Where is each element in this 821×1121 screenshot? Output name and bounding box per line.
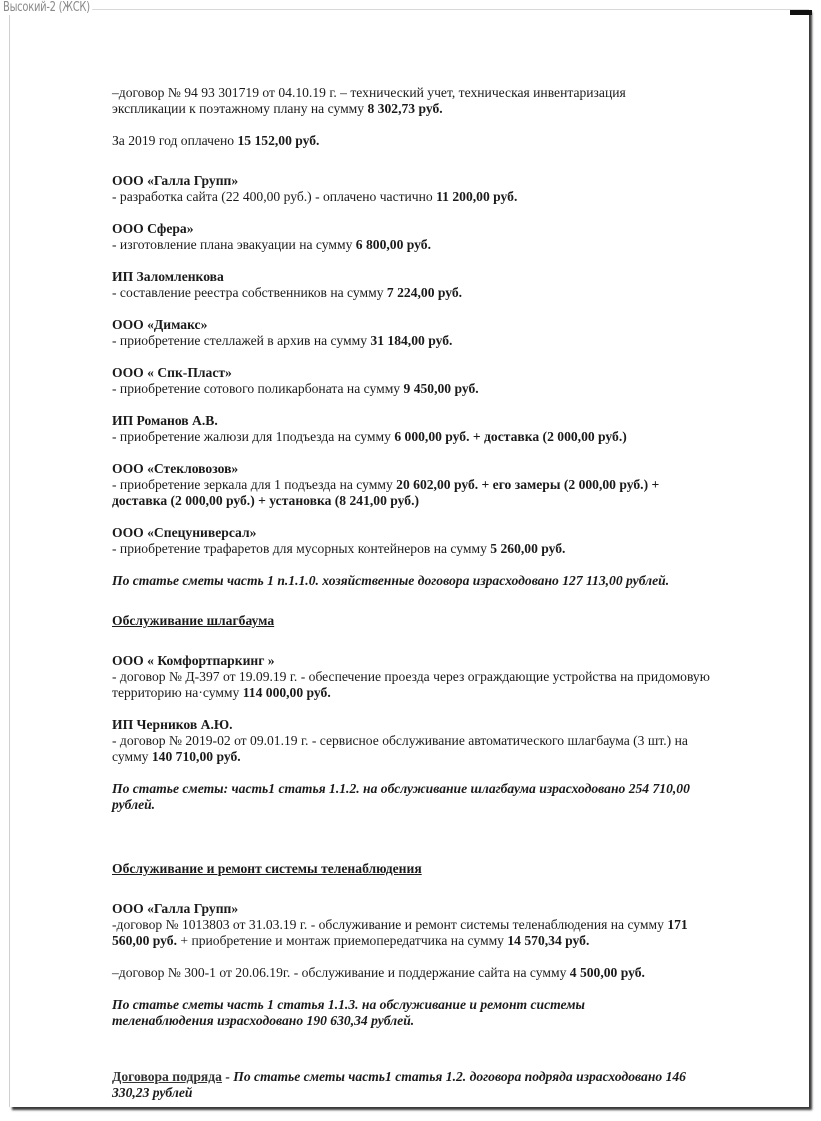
list-item: ООО «Димакс»- приобретение стеллажей в а… [112, 317, 712, 349]
entry-amount: 11 200,00 руб. [436, 189, 517, 204]
company-name: ООО «Спецуниверсал» [112, 525, 712, 541]
entry-amount: 9 450,00 руб. [404, 381, 479, 396]
entries-list: ООО «Галла Групп»- разработка сайта (22 … [112, 173, 712, 573]
entry-description: - приобретение зеркала для 1 подъезда на… [112, 477, 712, 509]
summary-household: По статье сметы часть 1 п.1.1.0. хозяйст… [112, 573, 712, 589]
paid-amount: 15 152,00 руб. [237, 133, 319, 148]
contract-summary: Договора подряда - По статье сметы часть… [112, 1069, 712, 1101]
list-item: ИП Романов А.В.- приобретение жалюзи для… [112, 413, 712, 445]
entry-description: - договор № 2019-02 от 09.01.19 г. - сер… [112, 733, 712, 765]
entry-desc-text: - приобретение сотового поликарбоната на… [112, 381, 404, 396]
entry-amount: 114 000,00 руб. [243, 685, 331, 700]
company-name: ООО « Спк-Пласт» [112, 365, 712, 381]
list-item: ООО « Комфортпаркинг »- договор № Д-397 … [112, 653, 712, 701]
entry-description: - разработка сайта (22 400,00 руб.) - оп… [112, 189, 712, 205]
entry-description: - приобретение сотового поликарбоната на… [112, 381, 712, 397]
entry-amount: 5 260,00 руб. [490, 541, 565, 556]
list-item: ООО « Спк-Пласт»- приобретение сотового … [112, 365, 712, 397]
cctv-company: ООО «Галла Групп» [112, 901, 712, 917]
cctv-line1-desc: -договор № 1013803 от 31.03.19 г. - обсл… [112, 917, 667, 932]
list-item: ИП Заломленкова- составление реестра соб… [112, 269, 712, 301]
section-contract-title: Договора подряда [112, 1069, 222, 1084]
watermark: Высокий-2 (ЖСК) [3, 0, 92, 15]
entry-amount: 140 710,00 руб. [152, 749, 241, 764]
document-content: –договор № 94 93 301719 от 04.10.19 г. –… [112, 85, 712, 1101]
list-item: ИП Черников А.Ю.- договор № 2019-02 от 0… [112, 717, 712, 765]
entry-desc-text: - разработка сайта (22 400,00 руб.) - оп… [112, 189, 436, 204]
company-name: ООО «Стекловозов» [112, 461, 712, 477]
company-name: ООО Сфера» [112, 221, 712, 237]
section-cctv-title: Обслуживание и ремонт системы теленаблюд… [112, 861, 712, 877]
entry-desc-text: - приобретение стеллажей в архив на сумм… [112, 333, 370, 348]
entry-desc-text: - договор № Д-397 от 19.09.19 г. - обесп… [112, 669, 710, 700]
intro-contract-line2: экспликации к поэтажному плану на сумму [112, 101, 367, 116]
cctv-line1-extra-amount: 14 570,34 руб. [507, 933, 589, 948]
company-name: ИП Черников А.Ю. [112, 717, 712, 733]
intro-contract-line1: –договор № 94 93 301719 от 04.10.19 г. –… [112, 85, 626, 100]
entry-description: - изготовление плана эвакуации на сумму … [112, 237, 712, 253]
entry-description: - договор № Д-397 от 19.09.19 г. - обесп… [112, 669, 712, 701]
entry-description: - приобретение стеллажей в архив на сумм… [112, 333, 712, 349]
intro-contract-amount: 8 302,73 руб. [367, 101, 442, 116]
entry-amount: 7 224,00 руб. [387, 285, 462, 300]
entry-desc-text: - приобретение трафаретов для мусорных к… [112, 541, 490, 556]
intro-contract: –договор № 94 93 301719 от 04.10.19 г. –… [112, 85, 712, 117]
company-name: ООО « Комфортпаркинг » [112, 653, 712, 669]
company-name: ООО «Галла Групп» [112, 173, 712, 189]
list-item: ООО «Стекловозов»- приобретение зеркала … [112, 461, 712, 509]
entry-amount: 31 184,00 руб. [370, 333, 452, 348]
entry-description: - составление реестра собственников на с… [112, 285, 712, 301]
cctv-contract-2: –договор № 300-1 от 20.06.19г. - обслужи… [112, 965, 712, 981]
company-name: ООО «Димакс» [112, 317, 712, 333]
entry-desc-text: - приобретение жалюзи для 1подъезда на с… [112, 429, 394, 444]
summary-cctv: По статье сметы часть 1 статья 1.1.3. на… [112, 997, 632, 1029]
entry-desc-text: - приобретение зеркала для 1 подъезда на… [112, 477, 396, 492]
entry-amount: 6 000,00 руб. + доставка (2 000,00 руб.) [394, 429, 626, 444]
summary-barrier: По статье сметы: часть1 статья 1.1.2. на… [112, 781, 702, 813]
list-item: ООО Сфера»- изготовление плана эвакуации… [112, 221, 712, 253]
cctv-contract-1: -договор № 1013803 от 31.03.19 г. - обсл… [112, 917, 712, 949]
entry-description: - приобретение трафаретов для мусорных к… [112, 541, 712, 557]
paid-label: За 2019 год оплачено [112, 133, 237, 148]
list-item: ООО «Спецуниверсал»- приобретение трафар… [112, 525, 712, 557]
entry-desc-text: - составление реестра собственников на с… [112, 285, 387, 300]
cctv-line1-extra: + приобретение и монтаж приемопередатчик… [177, 933, 507, 948]
list-item: ООО «Галла Групп»- разработка сайта (22 … [112, 173, 712, 205]
entry-description: - приобретение жалюзи для 1подъезда на с… [112, 429, 712, 445]
cctv-line2-desc: –договор № 300-1 от 20.06.19г. - обслужи… [112, 965, 570, 980]
section-barrier-title: Обслуживание шлагбаума [112, 613, 712, 629]
cctv-line2-amount: 4 500,00 руб. [570, 965, 645, 980]
entry-amount: 6 800,00 руб. [356, 237, 431, 252]
barrier-entries-list: ООО « Комфортпаркинг »- договор № Д-397 … [112, 653, 712, 781]
intro-paid: За 2019 год оплачено 15 152,00 руб. [112, 133, 712, 149]
company-name: ИП Романов А.В. [112, 413, 712, 429]
entry-desc-text: - изготовление плана эвакуации на сумму [112, 237, 356, 252]
company-name: ИП Заломленкова [112, 269, 712, 285]
